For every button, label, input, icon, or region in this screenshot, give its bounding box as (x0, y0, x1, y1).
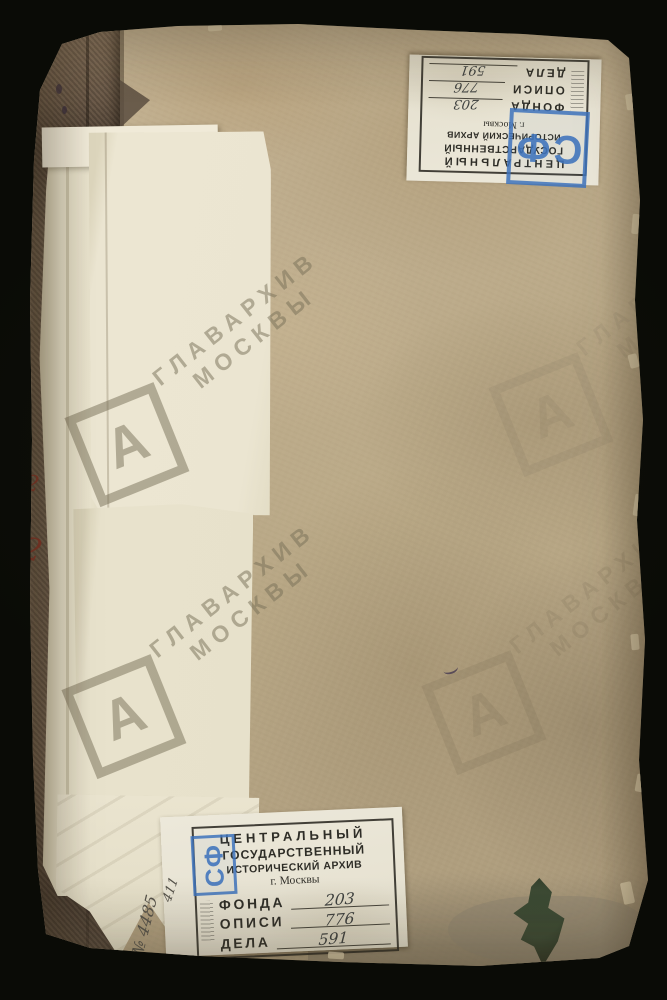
torn-edge-chip (458, 26, 476, 33)
torn-edge-chip (635, 773, 647, 792)
book-cover: А ГЛАВАРХИВ МОСКВЫ А ГЛАВАРХИВ МОСКВЫ А … (28, 24, 650, 972)
sf-stamp-bottom: СФ (190, 834, 237, 896)
field-value-delo: 591 (460, 63, 487, 76)
folded-paper-upper (89, 131, 274, 516)
print-info-micro-stamp (200, 900, 215, 941)
field-value-opis: 776 (453, 80, 480, 93)
scan-background: А ГЛАВАРХИВ МОСКВЫ А ГЛАВАРХИВ МОСКВЫ А … (0, 0, 667, 1000)
label-fields: ФОНДА 203 ОПИСИ 776 ДЕЛА 591 (219, 888, 391, 951)
ink-speck (62, 106, 67, 114)
torn-edge-chip (625, 94, 635, 111)
torn-edge-chip (328, 952, 344, 960)
field-row-opis: ОПИСИ 776 (429, 80, 565, 98)
ink-speck (56, 84, 62, 94)
field-value-fond: 203 (452, 97, 479, 110)
sf-stamp-top: СФ (506, 108, 590, 188)
torn-edge-chip (633, 494, 643, 517)
torn-edge-chip (208, 25, 222, 32)
field-value-opis: 776 (325, 911, 356, 929)
torn-edge-chip (631, 214, 640, 235)
torn-edge-chip (630, 634, 639, 651)
label-fields: ФОНДА 203 ОПИСИ 776 ДЕЛА 591 (428, 63, 565, 115)
print-info-micro-stamp (570, 71, 584, 111)
field-value-delo: 591 (318, 931, 349, 949)
field-row-delo: ДЕЛА 591 (429, 63, 565, 81)
folded-paper-lower (71, 503, 254, 807)
field-row-delo: ДЕЛА 591 (220, 927, 391, 951)
field-value-fond: 203 (325, 891, 356, 909)
